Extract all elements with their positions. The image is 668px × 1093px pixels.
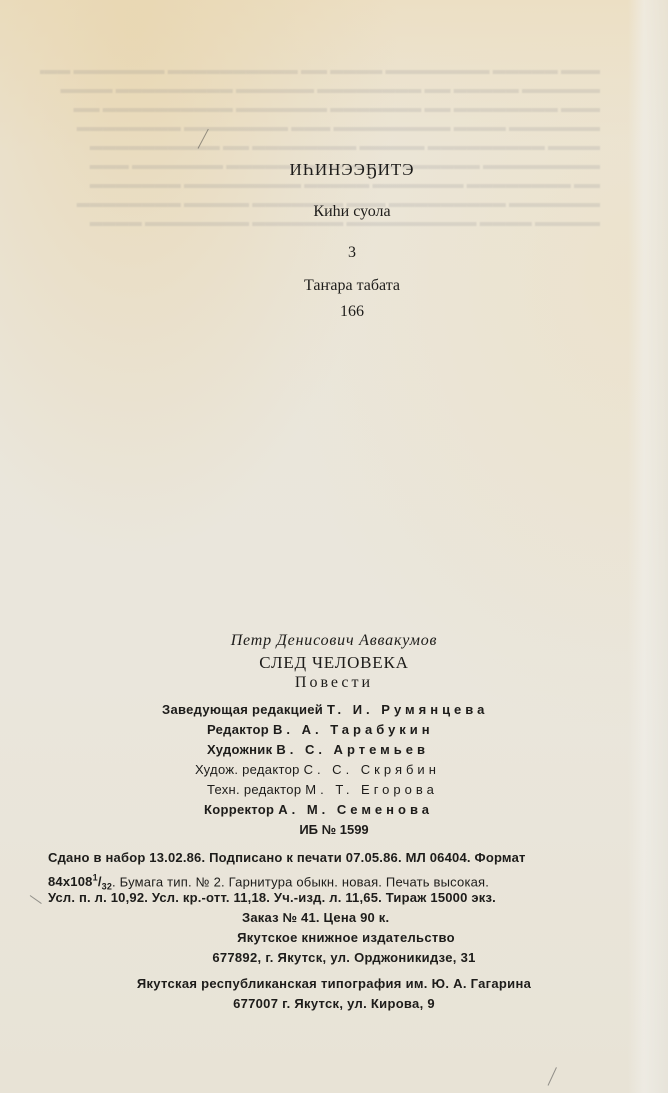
credit-name: С. С. Скрябин — [304, 762, 440, 777]
credit-name: М. Т. Егорова — [305, 782, 438, 797]
ib-number: ИБ № 1599 — [0, 822, 668, 837]
book-genre: Повести — [0, 674, 668, 692]
credit-line: Художник В. С. Артемьев — [207, 742, 429, 757]
credit-line: Редактор В. А. Тарабукин — [207, 722, 434, 737]
book-page: ▬▬▬ ▬▬▬▬▬ ▬▬▬▬▬▬▬▬ ▬▬▬▬ ▬▬ ▬▬▬▬▬▬▬▬▬▬ ▬▬… — [0, 0, 668, 1093]
contents-heading: ИҺИНЭЭҔИТЭ — [18, 160, 668, 180]
credit-name: Т. И. Румянцева — [327, 702, 488, 717]
imprint-line: Сдано в набор 13.02.86. Подписано к печа… — [48, 848, 618, 868]
printer-name: Якутская республиканская типография им. … — [0, 976, 668, 991]
credit-line: Техн. редактор М. Т. Егорова — [207, 782, 438, 797]
paper-scratch — [548, 1067, 557, 1086]
imprint-line: Заказ № 41. Цена 90 к. — [242, 908, 668, 928]
credit-role: Заведующая редакцией — [162, 702, 323, 717]
publisher-name: Якутское книжное издательство — [12, 930, 668, 945]
contents-item-page: 166 — [18, 303, 668, 321]
credit-line: Худож. редактор С. С. Скрябин — [195, 762, 440, 777]
credit-role: Техн. редактор — [207, 782, 301, 797]
format-numerator: 1 — [93, 873, 98, 883]
contents-item-title: Киһи суола — [18, 203, 668, 221]
credit-line: Заведующая редакцией Т. И. Румянцева — [162, 702, 488, 717]
credit-role: Редактор — [207, 722, 269, 737]
credit-name: В. С. Артемьев — [276, 742, 429, 757]
credit-role: Художник — [207, 742, 272, 757]
contents-item-title: Таҥара табата — [18, 277, 668, 295]
imprint-line: Усл. п. л. 10,92. Усл. кр.-отт. 11,18. У… — [48, 888, 618, 908]
credit-name: А. М. Семенова — [278, 802, 433, 817]
paper-scratch — [30, 895, 42, 904]
publisher-address: 677892, г. Якутск, ул. Орджоникидзе, 31 — [10, 950, 668, 965]
credit-role: Худож. редактор — [195, 762, 300, 777]
printer-address: 677007 г. Якутск, ул. Кирова, 9 — [0, 996, 668, 1011]
credit-role: Корректор — [204, 802, 274, 817]
book-title: СЛЕД ЧЕЛОВЕКА — [0, 653, 668, 673]
credit-line: Корректор А. М. Семенова — [204, 802, 433, 817]
credit-name: В. А. Тарабукин — [273, 722, 434, 737]
book-author: Петр Денисович Аввакумов — [0, 632, 668, 650]
contents-item-page: 3 — [18, 244, 668, 262]
